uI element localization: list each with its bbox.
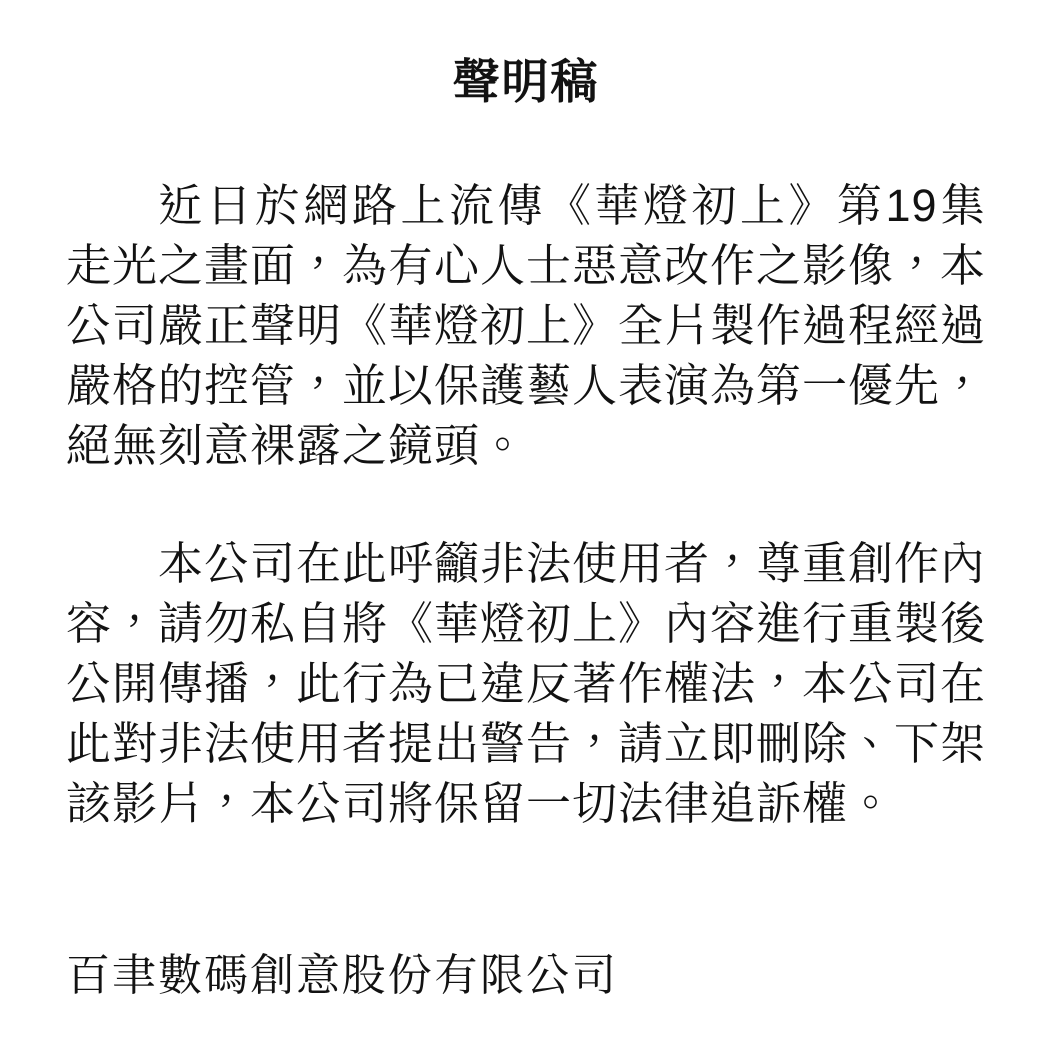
company-signature: 百聿數碼創意股份有限公司: [66, 946, 986, 1006]
statement-paragraph-2: 本公司在此呼籲非法使用者，尊重創作內容，請勿私自將《華燈初上》內容進行重製後公開…: [66, 534, 986, 834]
statement-paragraph-1: 近日於網路上流傳《華燈初上》第19集走光之畫面，為有心人士惡意改作之影像，本公司…: [66, 176, 986, 476]
statement-page: 聲明稿 近日於網路上流傳《華燈初上》第19集走光之畫面，為有心人士惡意改作之影像…: [0, 0, 1050, 1050]
document-body: 近日於網路上流傳《華燈初上》第19集走光之畫面，為有心人士惡意改作之影像，本公司…: [66, 176, 986, 834]
document-title: 聲明稿: [66, 56, 986, 108]
